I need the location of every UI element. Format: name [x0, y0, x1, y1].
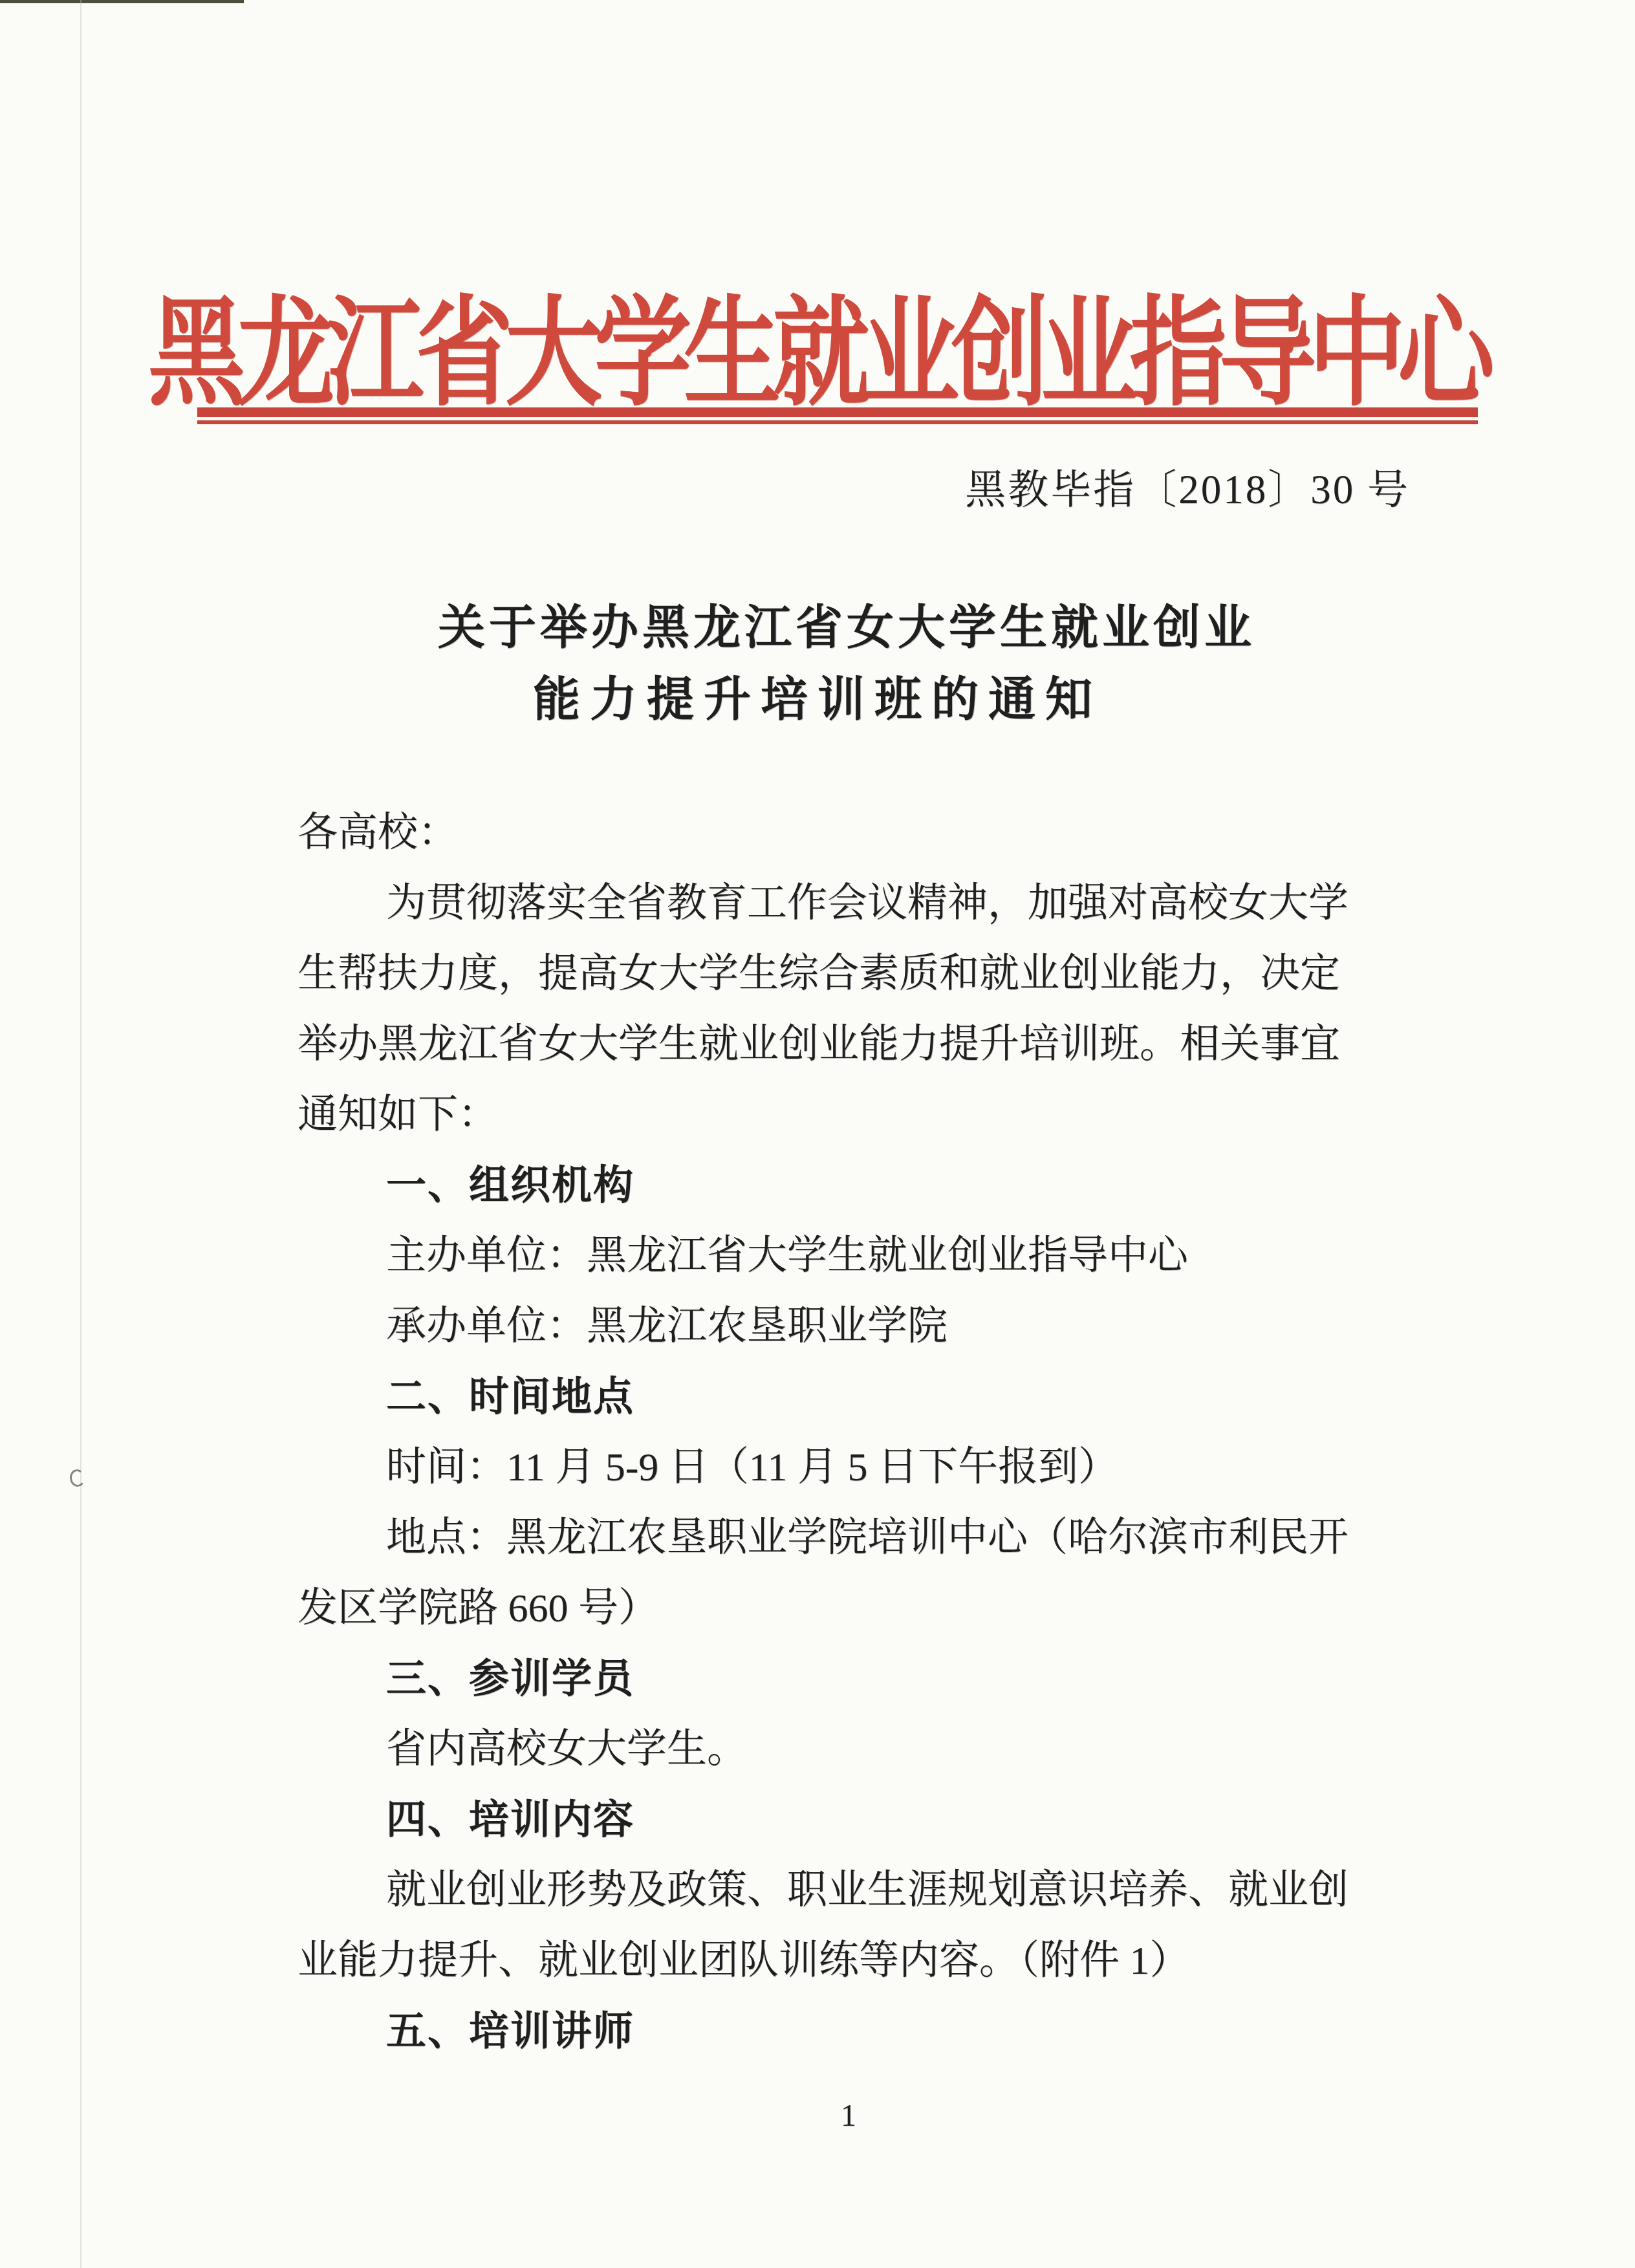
scanned-document-page: 黑龙江省大学生就业创业指导中心 黑教毕指〔2018〕30 号 关于举办黑龙江省女…	[0, 0, 1635, 2268]
scan-edge-artifact	[0, 0, 244, 3]
document-title: 关于举办黑龙江省女大学生就业创业 能力提升培训班的通知	[0, 592, 1635, 735]
body-line: 业能力提升、就业创业团队训练等内容。（附件 1）	[298, 1926, 1371, 1996]
section-heading: 四、培训内容	[298, 1785, 1371, 1855]
body-line: 为贯彻落实全省教育工作会议精神，加强对高校女大学	[298, 869, 1371, 939]
section-heading: 二、时间地点	[298, 1362, 1371, 1432]
section-heading: 一、组织机构	[298, 1150, 1371, 1221]
body-line: 生帮扶力度，提高女大学生综合素质和就业创业能力，决定	[298, 939, 1371, 1010]
body-line: 各高校：	[298, 798, 1371, 869]
document-number: 黑教毕指〔2018〕30 号	[965, 457, 1410, 515]
letterhead-org-title: 黑龙江省大学生就业创业指导中心	[0, 257, 1635, 428]
scan-hook-mark	[69, 1469, 86, 1488]
body-line: 主办单位：黑龙江省大学生就业创业指导中心	[298, 1221, 1371, 1291]
letterhead-rule-thin	[197, 420, 1478, 424]
body-line: 时间：11 月 5-9 日（11 月 5 日下午报到）	[298, 1432, 1371, 1503]
body-line: 发区学院路 660 号）	[298, 1573, 1371, 1644]
body-line: 举办黑龙江省女大学生就业创业能力提升培训班。相关事宜	[298, 1010, 1371, 1080]
section-heading: 三、参训学员	[298, 1644, 1371, 1714]
body-line: 就业创业形势及政策、职业生涯规划意识培养、就业创	[298, 1855, 1371, 1926]
body-line: 通知如下：	[298, 1080, 1371, 1150]
body-line: 地点：黑龙江农垦职业学院培训中心（哈尔滨市利民开	[298, 1503, 1371, 1573]
document-title-line1: 关于举办黑龙江省女大学生就业创业	[29, 592, 1635, 664]
body-text: 各高校：为贯彻落实全省教育工作会议精神，加强对高校女大学生帮扶力度，提高女大学生…	[298, 798, 1371, 2067]
letterhead-rule-thick	[197, 407, 1478, 417]
body-line: 省内高校女大学生。	[298, 1714, 1371, 1785]
body-line: 承办单位：黑龙江农垦职业学院	[298, 1291, 1371, 1362]
section-heading: 五、培训讲师	[298, 1996, 1371, 2067]
document-title-line2: 能力提升培训班的通知	[0, 664, 1635, 735]
page-number: 1	[841, 2098, 856, 2133]
